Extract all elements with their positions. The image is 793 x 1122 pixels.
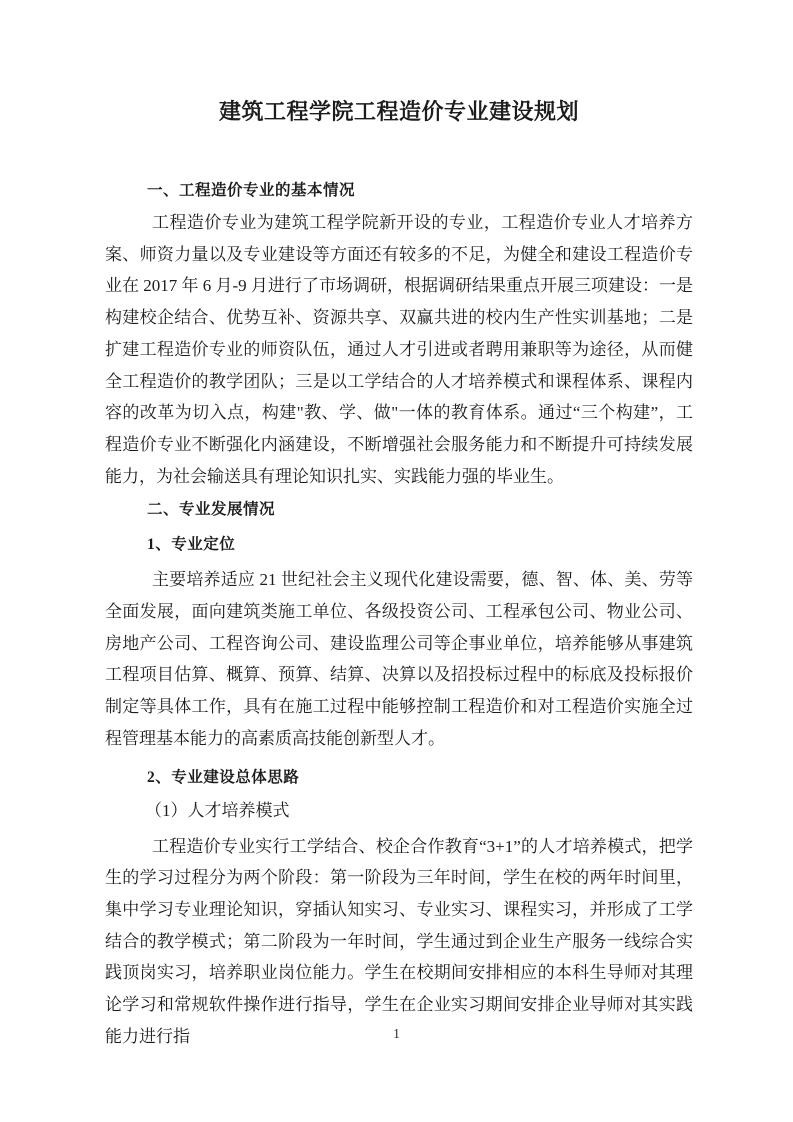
document-title: 建筑工程学院工程造价专业建设规划	[105, 97, 693, 127]
paragraph-talent-training-model: 工程造价专业实行工学结合、校企合作教育“3+1”的人才培养模式，把学生的学习过程…	[105, 831, 693, 1053]
section-heading-development-situation: 二、专业发展情况	[147, 494, 693, 526]
subheading-talent-training-model: （1）人才培养模式	[145, 795, 693, 827]
page-number: 1	[0, 1026, 793, 1042]
paragraph-overview: 工程造价专业为建筑工程学院新开设的专业，工程造价专业人才培养方案、师资力量以及专…	[105, 207, 693, 492]
document-page: 建筑工程学院工程造价专业建设规划 一、工程造价专业的基本情况 工程造价专业为建筑…	[0, 0, 793, 1122]
paragraph-professional-positioning: 主要培养适应 21 世纪社会主义现代化建设需要，德、智、体、美、劳等全面发展，面…	[105, 564, 693, 754]
subsection-heading-overall-approach: 2、专业建设总体思路	[147, 762, 693, 794]
section-heading-basic-situation: 一、工程造价专业的基本情况	[147, 175, 693, 207]
page-content: 建筑工程学院工程造价专业建设规划 一、工程造价专业的基本情况 工程造价专业为建筑…	[0, 0, 793, 1052]
subsection-heading-professional-positioning: 1、专业定位	[147, 529, 693, 561]
